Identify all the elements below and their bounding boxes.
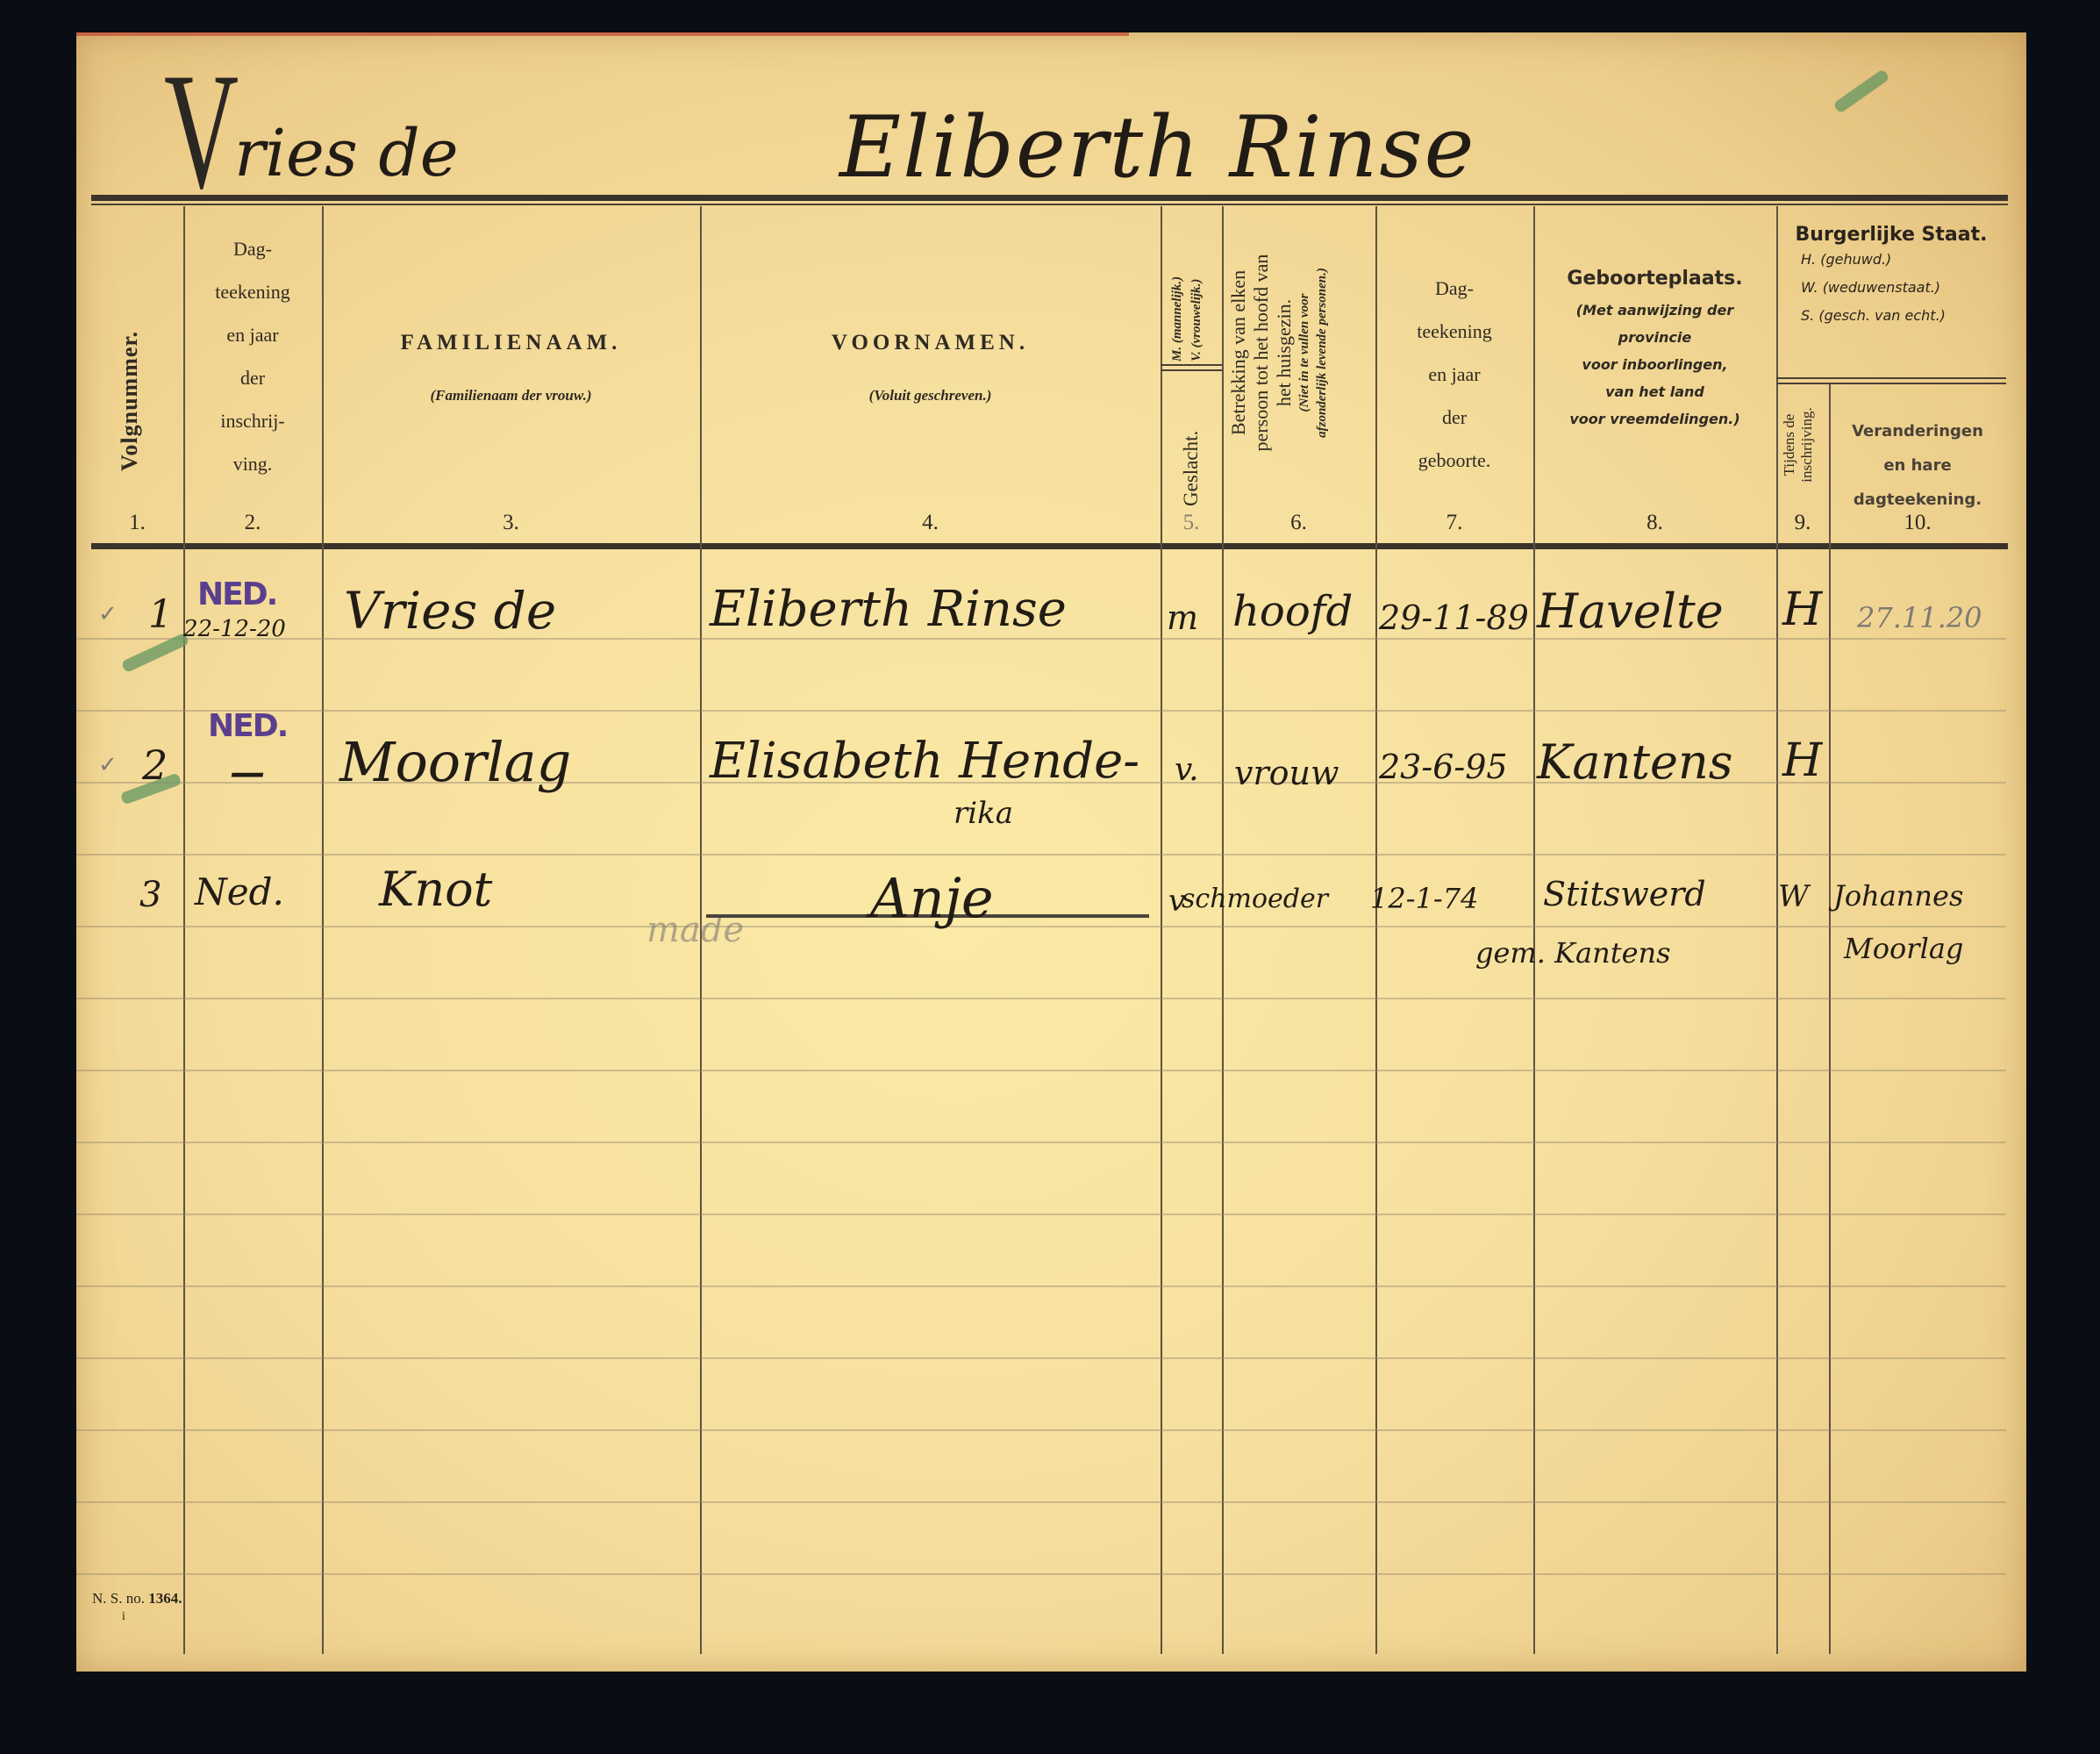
header-familienaam: FAMILIENAAM. (Familienaam der vrouw.) (322, 331, 700, 404)
register-card: V ries de Eliberth Rinse Volgnummer. 1. … (76, 32, 2026, 1672)
header-line: persoon tot het hoofd van (1250, 208, 1273, 498)
col-number-9: 9. (1776, 511, 1829, 535)
geslacht-split-rule (1161, 364, 1222, 366)
title-given-names: Eliberth Rinse (839, 98, 1475, 197)
header-line: teekening (183, 270, 322, 313)
row-geboortedatum: 29-11-89 (1379, 598, 1529, 637)
header-line: inschrijving. (1798, 392, 1816, 498)
ruled-line (76, 854, 2006, 856)
row-volgnummer: 3 (139, 875, 161, 915)
header-voornamen-title: VOORNAMEN. (700, 331, 1161, 355)
header-geboorteplaats: Geboorteplaats. (Met aanwijzing der prov… (1533, 268, 1776, 433)
header-veranderingen: Veranderingen en hare dagteekening. (1829, 414, 2006, 517)
col-number-1: 1. (91, 511, 183, 535)
header-line: der (183, 356, 322, 399)
header-line: (Niet in te vullen voor (1296, 208, 1313, 498)
row-staat: H (1782, 583, 1822, 636)
title-surname: ries de (234, 116, 459, 191)
header-geslacht-codes: M. (mannelijk.) V. (vrouwelijk.) (1168, 276, 1206, 362)
header-line: Tijdens de (1781, 392, 1798, 498)
row-geboorteplaats: Havelte (1537, 583, 1724, 639)
check-mark-icon: ✓ (98, 601, 118, 627)
header-line: van het land (1533, 378, 1776, 405)
header-line: afzonderlijk levende personen.) (1313, 208, 1331, 498)
header-geboorteplaats-sub: (Met aanwijzing der provincie voor inboo… (1533, 297, 1776, 433)
ned-stamp: NED. (208, 708, 287, 744)
row-geboorteplaats: Kantens (1537, 734, 1732, 790)
form-number-mark: i (122, 1610, 125, 1624)
header-line: en jaar (1375, 353, 1533, 396)
header-line: Betrekking van elken (1227, 208, 1250, 498)
header-familienaam-title: FAMILIENAAM. (322, 331, 700, 355)
col-divider-8 (1776, 206, 1778, 1654)
staat-split-rule-2 (1776, 383, 2006, 384)
header-line: voor vreemdelingen.) (1533, 405, 1776, 433)
top-rule (91, 195, 2008, 201)
ruled-line (76, 1142, 2006, 1143)
row-familienaam: Vries de (344, 581, 556, 641)
header-line: ving. (183, 442, 322, 485)
col-number-8: 8. (1533, 511, 1776, 535)
green-check-mark (1832, 68, 1889, 114)
header-bottom-rule (91, 543, 2008, 549)
header-line: Veranderingen (1829, 414, 2006, 448)
ruled-line (76, 1285, 2006, 1287)
header-dagteekening-geboorte: Dag- teekening en jaar der geboorte. (1375, 267, 1533, 482)
geslacht-split-rule-2 (1161, 369, 1222, 371)
ruled-line (76, 1501, 2006, 1503)
header-line: Dag- (1375, 267, 1533, 310)
row-geslacht: v. (1175, 752, 1199, 788)
ruled-line (76, 926, 2006, 927)
header-line: en jaar (183, 313, 322, 356)
form-number-prefix: N. S. no. (92, 1590, 145, 1607)
header-line: en hare (1829, 448, 2006, 483)
header-line: geboorte. (1375, 439, 1533, 482)
row-voornamen-cont: rika (954, 796, 1013, 831)
header-line: voor inboorlingen, (1533, 351, 1776, 378)
header-line: provincie (1533, 324, 1776, 351)
ruled-line (76, 998, 2006, 999)
row-geboorteplaats-cont: gem. Kantens (1475, 936, 1671, 970)
header-dagteekening-inschrijving: Dag- teekening en jaar der inschrij- vin… (183, 227, 322, 485)
ned-stamp: NED. (197, 576, 276, 612)
row-familienaam: Knot (379, 862, 492, 917)
header-staat-s: S. (gesch. van echt.) (1801, 302, 2006, 330)
header-betrekking: Betrekking van elken persoon tot het hoo… (1227, 208, 1331, 498)
ruled-line (76, 1357, 2006, 1359)
row-volgnummer: 1 (148, 592, 173, 637)
col-number-10: 10. (1829, 511, 2006, 535)
col-number-4: 4. (700, 511, 1161, 535)
header-voornamen-sub: (Voluit geschreven.) (700, 387, 1161, 404)
header-geslacht-m: M. (mannelijk.) (1168, 276, 1187, 362)
header-line: het huisgezin. (1273, 208, 1296, 498)
ruled-line (76, 710, 2006, 712)
header-tijdens-inschrijving: Tijdens de inschrijving. (1781, 392, 1816, 498)
row-betrekking: schmoeder (1182, 884, 1328, 914)
row-staat: W (1778, 879, 1809, 914)
ruled-line (76, 1070, 2006, 1071)
row-voornamen: Elisabeth Hende- (710, 733, 1139, 790)
header-line: der (1375, 396, 1533, 439)
row-geslacht: m (1167, 598, 1198, 637)
ruled-line (76, 1213, 2006, 1215)
header-geslacht-v: V. (vrouwelijk.) (1187, 276, 1206, 362)
header-staat-w: W. (weduwenstaat.) (1801, 274, 2006, 302)
check-mark-icon: ✓ (98, 752, 118, 778)
form-number: N. S. no. 1364. (92, 1590, 182, 1607)
row-betrekking: hoofd (1232, 587, 1353, 636)
header-volgnummer: Volgnummer. (117, 331, 143, 471)
form-number-value: 1364. (148, 1590, 182, 1607)
row-inschrijving-date: — (230, 752, 265, 793)
row-geboortedatum: 12-1-74 (1370, 882, 1478, 915)
header-staat-title: Burgerlijke Staat. (1776, 224, 2006, 246)
header-geboorteplaats-title: Geboorteplaats. (1533, 268, 1776, 290)
header-line: Dag- (183, 227, 322, 270)
row-veranderingen: 27.11.20 (1857, 601, 1982, 634)
ruled-line (76, 1429, 2006, 1431)
header-line: inschrij- (183, 399, 322, 442)
row-veranderingen-cont: Moorlag (1844, 932, 1963, 965)
header-staat-h: H. (gehuwd.) (1801, 246, 2006, 274)
col-number-7: 7. (1375, 511, 1533, 535)
row-geboortedatum: 23-6-95 (1379, 748, 1508, 786)
row-familienaam: Moorlag (339, 730, 571, 794)
col-number-2: 2. (183, 511, 322, 535)
row-veranderingen: Johannes (1833, 879, 1963, 913)
header-line: teekening (1375, 310, 1533, 353)
printed-initial: V (164, 48, 239, 215)
row-betrekking: vrouw (1234, 754, 1339, 792)
row-voornamen: Anje (870, 866, 994, 930)
header-familienaam-sub: (Familienaam der vrouw.) (322, 387, 700, 404)
header-burgerlijke-staat: Burgerlijke Staat. H. (gehuwd.) W. (wedu… (1776, 224, 2006, 330)
top-rule-thin (91, 204, 2008, 205)
header-staat-codes: H. (gehuwd.) W. (weduwenstaat.) S. (gesc… (1776, 246, 2006, 330)
staat-split-rule (1776, 377, 2006, 379)
col-divider-9 (1829, 383, 1831, 1654)
col-number-6: 6. (1222, 511, 1375, 535)
header-geslacht: Geslacht. (1180, 431, 1203, 506)
col-number-5: 5. (1161, 511, 1222, 535)
ruled-line (76, 1573, 2006, 1575)
row-geboorteplaats: Stitswerd (1543, 875, 1706, 913)
row-staat: H (1782, 734, 1822, 787)
header-line: (Met aanwijzing der (1533, 297, 1776, 324)
col-divider-2 (322, 206, 324, 1654)
row-inschrijving-date: 22-12-20 (183, 616, 286, 642)
col-number-3: 3. (322, 511, 700, 535)
row-nationaliteit: Ned. (195, 870, 284, 913)
header-voornamen: VOORNAMEN. (Voluit geschreven.) (700, 331, 1161, 404)
col-divider-5 (1222, 206, 1224, 1654)
col-divider-4 (1161, 206, 1162, 1654)
row-voornamen: Eliberth Rinse (710, 581, 1067, 638)
